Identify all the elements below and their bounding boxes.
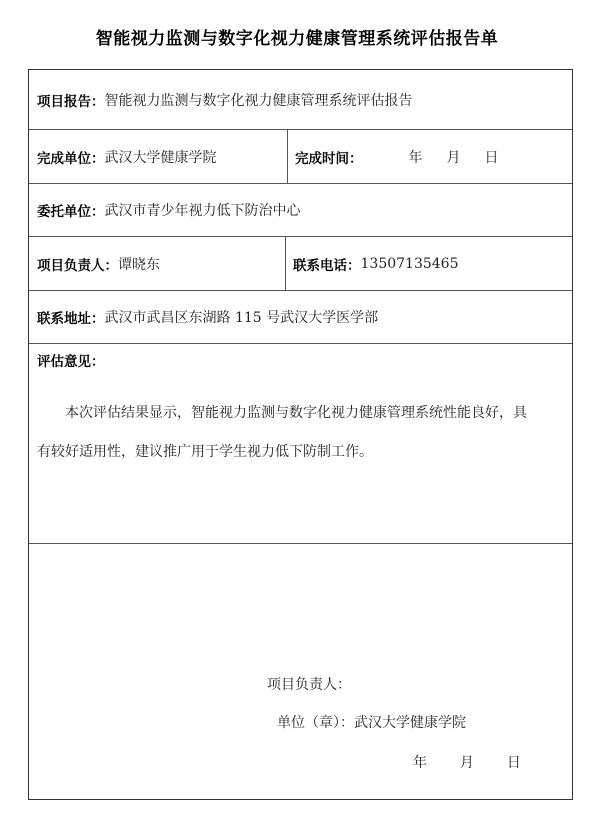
row-opinion: 评估意见： 本次评估结果显示，智能视力监测与数字化视力健康管理系统性能良好，具 … — [29, 344, 572, 544]
project-report-label: 项目报告： — [37, 90, 105, 110]
document-title: 智能视力监测与数字化视力健康管理系统评估报告单 — [0, 24, 594, 49]
completing-unit-value: 武汉大学健康学院 — [105, 147, 217, 167]
row-unit-time: 完成单位： 武汉大学健康学院 完成时间： 年 月 日 — [29, 130, 572, 184]
completion-time-label: 完成时间： — [295, 147, 363, 167]
signature-date: 年 月 日 — [413, 752, 521, 772]
opinion-line-1: 本次评估结果显示，智能视力监测与数字化视力健康管理系统性能良好，具 — [37, 394, 567, 432]
commissioning-unit-value: 武汉市青少年视力低下防治中心 — [105, 200, 301, 220]
completion-time-month: 月 — [447, 147, 461, 167]
completing-unit-label: 完成单位： — [37, 147, 105, 167]
commissioning-unit-label: 委托单位： — [37, 200, 105, 220]
phone-label: 联系电话： — [293, 254, 361, 274]
signature-leader-label: 项目负责人： — [267, 674, 351, 694]
signature-month: 月 — [460, 755, 474, 771]
row-project-report: 项目报告： 智能视力监测与数字化视力健康管理系统评估报告 — [29, 70, 572, 130]
project-leader-label: 项目负责人： — [37, 254, 118, 274]
row-signature: 项目负责人： 单位（章）：武汉大学健康学院 年 月 日 — [29, 544, 572, 801]
opinion-line-2: 有较好适用性，建议推广用于学生视力低下防制工作。 — [37, 433, 567, 471]
project-report-value: 智能视力监测与数字化视力健康管理系统评估报告 — [105, 90, 413, 110]
signature-unit-seal: 单位（章）：武汉大学健康学院 — [277, 712, 466, 732]
opinion-label: 评估意见： — [37, 350, 105, 370]
evaluation-form-table: 项目报告： 智能视力监测与数字化视力健康管理系统评估报告 完成单位： 武汉大学健… — [28, 69, 573, 800]
completion-time-day: 日 — [485, 147, 499, 167]
row-commissioning-unit: 委托单位： 武汉市青少年视力低下防治中心 — [29, 184, 572, 237]
signature-year: 年 — [413, 755, 427, 771]
address-value: 武汉市武昌区东湖路 115 号武汉大学医学部 — [105, 307, 379, 327]
row-leader-phone: 项目负责人： 谭晓东 联系电话： 13507135465 — [29, 237, 572, 291]
completion-time-year: 年 — [409, 147, 423, 167]
row-address: 联系地址： 武汉市武昌区东湖路 115 号武汉大学医学部 — [29, 291, 572, 344]
phone-value: 13507135465 — [361, 256, 459, 272]
project-leader-value: 谭晓东 — [118, 254, 160, 274]
signature-day: 日 — [507, 755, 521, 771]
address-label: 联系地址： — [37, 307, 105, 327]
